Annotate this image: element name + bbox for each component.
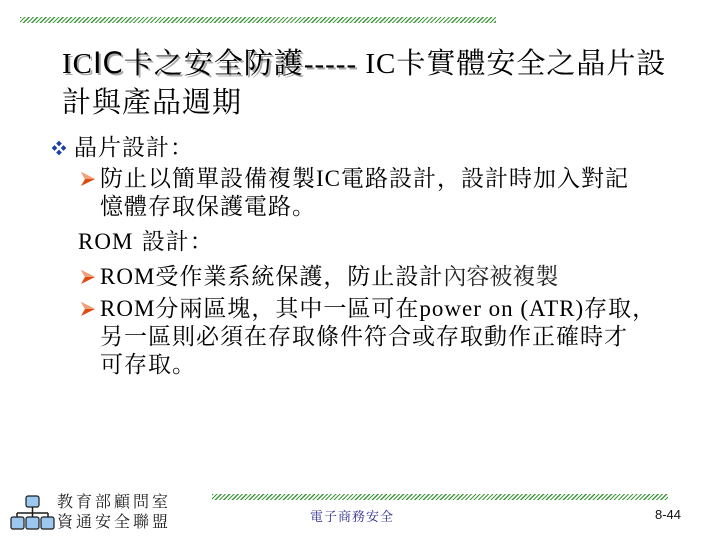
- footer-org-line2: 資通安全聯盟: [57, 512, 171, 532]
- rom-item1-text-a: 受作業系統保護，防止設計: [155, 264, 443, 290]
- diamond-bullet-icon: [52, 141, 66, 155]
- rom-heading-text: 設計：: [133, 229, 213, 255]
- footer-course-title: 電子商務安全: [310, 506, 394, 525]
- title-part2: 卡實體安全之晶片設: [396, 46, 666, 80]
- title-line2: 計與產品週期: [62, 85, 242, 119]
- title-ic-prefix: IC: [62, 48, 93, 80]
- arrow-bullet-icon: [80, 301, 96, 317]
- rom-item2-latin: ROM: [100, 296, 155, 321]
- chip-item-text-a: 防止以簡單設備複製: [100, 166, 316, 192]
- chip-item-line2: 憶體存取保護電路。: [100, 194, 316, 220]
- chip-item-text-b: 電路設計，設計時加入對記: [341, 166, 629, 192]
- rom-item2-text-b: 存取，: [584, 296, 656, 322]
- chip-design-heading-text: 晶片設計：: [74, 135, 194, 161]
- rom-item2-line2: 另一區則必須在存取條件符合或存取動作正確時才: [100, 324, 628, 350]
- rom-item2-text-a: 分兩區塊，其中一區可在: [155, 296, 419, 322]
- section-heading-chip-design: 晶片設計：: [74, 134, 194, 162]
- page-number: 8-44: [655, 507, 681, 522]
- top-divider-stripe: [20, 17, 496, 23]
- chip-design-item-1: 防止以簡單設備複製IC電路設計，設計時加入對記 憶體存取保護電路。: [100, 165, 700, 221]
- arrow-bullet-icon: [80, 269, 96, 285]
- rom-design-item-2: ROM分兩區塊，其中一區可在power on (ATR)存取， 另一區則必須在存…: [100, 295, 700, 379]
- rom-item1-text-b: 內容被複製: [443, 264, 558, 290]
- title-part1-shadowed: ICIC卡之安全防護-----: [62, 46, 357, 80]
- rom-heading-latin: ROM: [78, 229, 133, 254]
- slide-title: ICIC卡之安全防護----- IC卡實體安全之晶片設 計與產品週期: [62, 44, 702, 121]
- title-part2-latin: IC: [357, 48, 396, 80]
- footer-organization: 教育部顧問室 資通安全聯盟: [57, 492, 171, 532]
- rom-item2-line3: 可存取。: [100, 352, 196, 378]
- title-dashes: -----: [304, 48, 357, 80]
- footer-org-line1: 教育部顧問室: [57, 492, 171, 512]
- title-part1: IC卡之安全防護: [93, 46, 304, 80]
- rom-item2-latin-mid: power on (ATR): [419, 296, 584, 321]
- arrow-bullet-icon: [80, 171, 96, 187]
- rom-design-item-1: ROM受作業系統保護，防止設計內容被複製: [100, 263, 700, 291]
- bottom-divider-stripe: [212, 494, 668, 500]
- network-logo-icon: [10, 494, 56, 532]
- rom-item1-latin: ROM: [100, 264, 155, 289]
- chip-item-latin: IC: [316, 166, 341, 191]
- section-heading-rom-design: ROM 設計：: [78, 228, 214, 256]
